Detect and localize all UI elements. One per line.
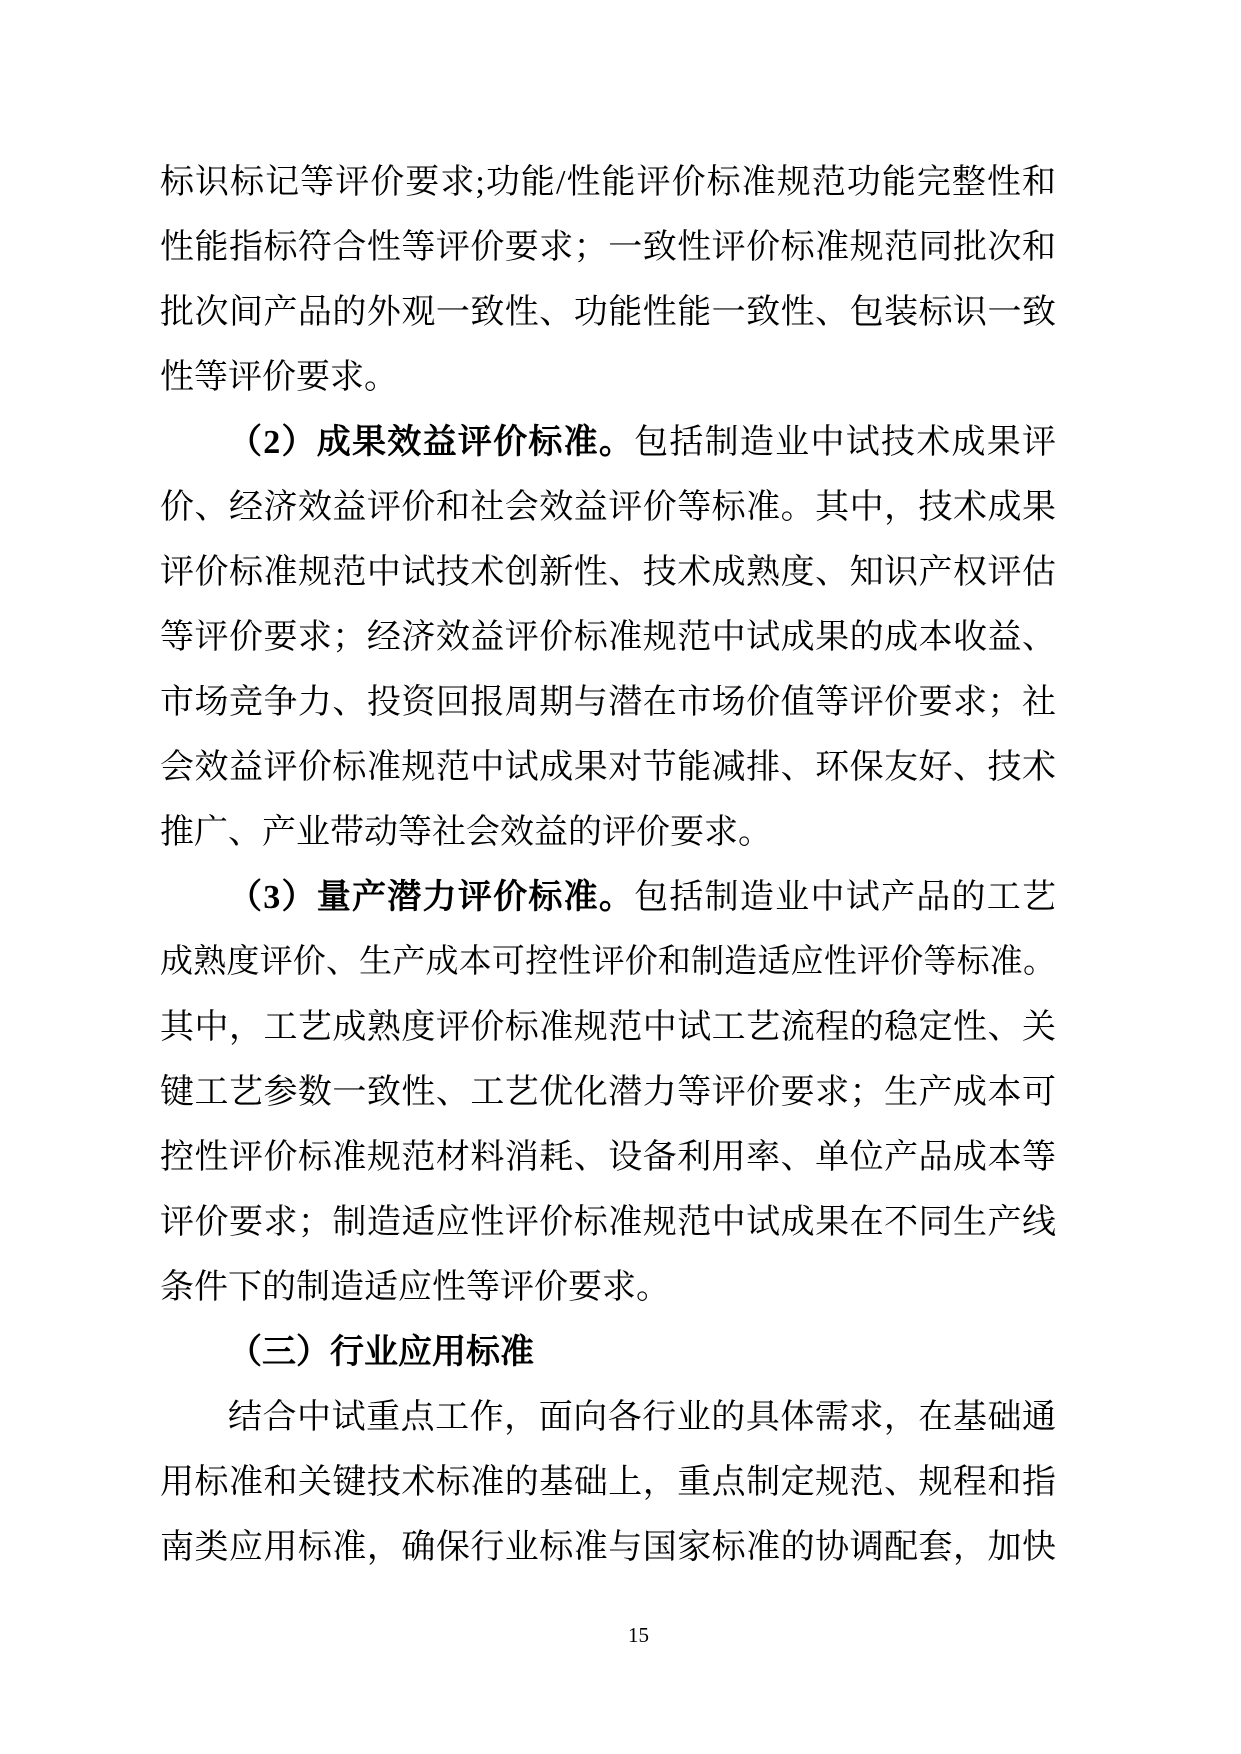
text-line: 南类应用标准，确保行业标准与国家标准的协调配套，加快 [160,1515,1056,1580]
text-line: 键工艺参数一致性、工艺优化潜力等评价要求；生产成本可 [160,1060,1056,1125]
text-line: 性等评价要求。 [160,345,1056,410]
text-line: 控性评价标准规范材料消耗、设备利用率、单位产品成本等 [160,1125,1056,1190]
text-line: 会效益评价标准规范中试成果对节能减排、环保友好、技术 [160,735,1056,800]
text-line: 条件下的制造适应性等评价要求。 [160,1255,1056,1320]
text-line: 市场竞争力、投资回报周期与潜在市场价值等评价要求；社 [160,670,1056,735]
text-line: （3）量产潜力评价标准。包括制造业中试产品的工艺 [160,865,1056,930]
text-line: 评价要求；制造适应性评价标准规范中试成果在不同生产线 [160,1190,1056,1255]
paragraph-industry-application-body: 结合中试重点工作，面向各行业的具体需求，在基础通 用标准和关键技术标准的基础上，… [160,1385,1056,1580]
section-heading-industry-application: （三）行业应用标准 [160,1320,1056,1385]
lead-rest: 包括制造业中试产品的工艺 [634,879,1056,916]
lead-rest: 包括制造业中试技术成果评 [634,424,1056,461]
bold-lead-item-3: （3）量产潜力评价标准。 [228,879,634,916]
text-line: 成熟度评价、生产成本可控性评价和制造适应性评价等标准。 [160,930,1056,995]
paragraph-mass-production-standards: （3）量产潜力评价标准。包括制造业中试产品的工艺 成熟度评价、生产成本可控性评价… [160,865,1056,1320]
text-line: 标识标记等评价要求;功能/性能评价标准规范功能完整性和 [160,150,1056,215]
page-number: 15 [628,1623,649,1647]
text-line: （2）成果效益评价标准。包括制造业中试技术成果评 [160,410,1056,475]
section-heading: （三）行业应用标准 [160,1320,1056,1385]
paragraph-achievement-benefit-standards: （2）成果效益评价标准。包括制造业中试技术成果评 价、经济效益评价和社会效益评价… [160,410,1056,865]
text-line: 等评价要求；经济效益评价标准规范中试成果的成本收益、 [160,605,1056,670]
page-footer: 15 [0,1622,1241,1648]
document-body: 标识标记等评价要求;功能/性能评价标准规范功能完整性和 性能指标符合性等评价要求… [160,150,1056,1580]
text-line: 用标准和关键技术标准的基础上，重点制定规范、规程和指 [160,1450,1056,1515]
text-line: 其中，工艺成熟度评价标准规范中试工艺流程的稳定性、关 [160,995,1056,1060]
text-line: 结合中试重点工作，面向各行业的具体需求，在基础通 [160,1385,1056,1450]
paragraph-quality-evaluation-continued: 标识标记等评价要求;功能/性能评价标准规范功能完整性和 性能指标符合性等评价要求… [160,150,1056,410]
text-line: 批次间产品的外观一致性、功能性能一致性、包装标识一致 [160,280,1056,345]
document-page: 标识标记等评价要求;功能/性能评价标准规范功能完整性和 性能指标符合性等评价要求… [0,0,1241,1754]
text-line: 性能指标符合性等评价要求；一致性评价标准规范同批次和 [160,215,1056,280]
bold-lead-item-2: （2）成果效益评价标准。 [228,424,634,461]
text-line: 评价标准规范中试技术创新性、技术成熟度、知识产权评估 [160,540,1056,605]
text-line: 价、经济效益评价和社会效益评价等标准。其中，技术成果 [160,475,1056,540]
text-line: 推广、产业带动等社会效益的评价要求。 [160,800,1056,865]
